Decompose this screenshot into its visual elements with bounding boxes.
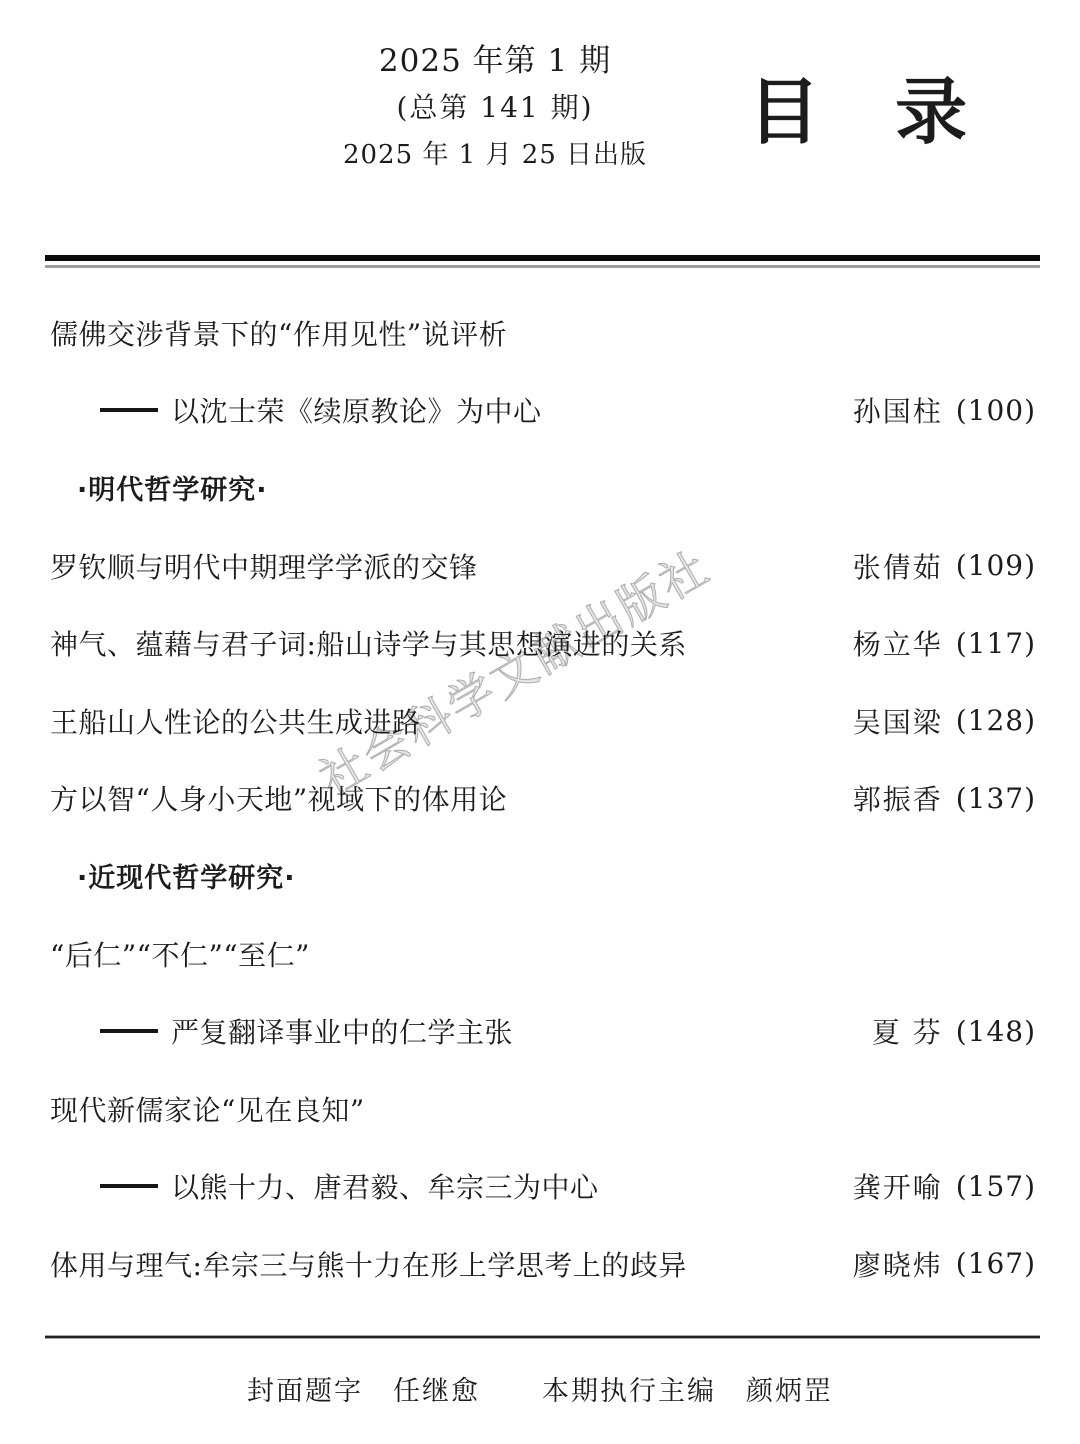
footer-credits: 封面题字任继愈本期执行主编颜炳罡	[0, 1369, 1080, 1408]
author-name: 吴国梁	[853, 701, 943, 741]
entry-title: 以熊十力、唐君毅、牟宗三为中心	[171, 1166, 599, 1206]
author-name: 杨立华	[853, 623, 943, 663]
credit-value: 任继愈	[393, 1369, 480, 1408]
entry-left: “后仁”“不仁”“至仁”	[50, 934, 310, 974]
top-rule-thin-line	[45, 265, 1040, 268]
entry-left: 罗钦顺与明代中期理学学派的交锋	[50, 546, 478, 586]
entry-left: 王船山人性论的公共生成进路	[50, 701, 421, 741]
entry-left: 严复翻译事业中的仁学主张	[50, 1011, 513, 1051]
page-number: (117)	[956, 627, 1036, 660]
entry-author-page: 孙国柱(100)	[853, 390, 1036, 430]
toc-list: 儒佛交涉背景下的“作用见性”说评析以沈士荣《续原教论》为中心孙国柱(100)·明…	[50, 294, 1036, 1303]
page-number: (100)	[956, 394, 1036, 427]
entry-author-page: 夏 芬(148)	[872, 1011, 1036, 1051]
top-rule-thick-line	[45, 255, 1040, 261]
issue-info-block: 2025 年第 1 期 (总第 141 期) 2025 年 1 月 25 日出版	[320, 46, 670, 168]
entry-title: 儒佛交涉背景下的“作用见性”说评析	[50, 313, 507, 353]
author-name: 孙国柱	[853, 390, 943, 430]
page-number: (157)	[956, 1170, 1036, 1203]
entry-author-page: 杨立华(117)	[853, 623, 1036, 663]
credit-label: 封面题字	[247, 1369, 363, 1408]
section-heading: ·近现代哲学研究·	[77, 856, 296, 895]
toc-entry-row: 王船山人性论的公共生成进路吴国梁(128)	[50, 682, 1036, 760]
em-dash-line	[100, 1184, 158, 1188]
issue-number: 2025 年第 1 期	[320, 46, 670, 77]
em-dash-line	[100, 408, 158, 412]
entry-title: 现代新儒家论“见在良知”	[50, 1089, 365, 1129]
entry-left: 神气、蕴藉与君子词:船山诗学与其思想演进的关系	[50, 623, 687, 663]
toc-subtitle-row: 严复翻译事业中的仁学主张夏 芬(148)	[50, 992, 1036, 1070]
section-heading: ·明代哲学研究·	[77, 468, 268, 507]
entry-left: 现代新儒家论“见在良知”	[50, 1089, 365, 1129]
toc-section-row: ·近现代哲学研究·	[50, 837, 1036, 915]
author-name: 张倩茹	[853, 546, 943, 586]
toc-entry-row: 方以智“人身小天地”视域下的体用论郭振香(137)	[50, 760, 1036, 838]
toc-subtitle-row: 以沈士荣《续原教论》为中心孙国柱(100)	[50, 372, 1036, 450]
author-name: 廖晓炜	[853, 1244, 943, 1284]
author-name: 夏 芬	[872, 1011, 943, 1051]
credit-value: 颜炳罡	[746, 1369, 833, 1408]
author-name: 龚开喻	[853, 1166, 943, 1206]
entry-title: 严复翻译事业中的仁学主张	[171, 1011, 513, 1051]
entry-left: ·近现代哲学研究·	[50, 856, 296, 895]
entry-author-page: 吴国梁(128)	[853, 701, 1036, 741]
publish-date: 2025 年 1 月 25 日出版	[320, 142, 670, 168]
toc-entry-row: 神气、蕴藉与君子词:船山诗学与其思想演进的关系杨立华(117)	[50, 604, 1036, 682]
entry-left: ·明代哲学研究·	[50, 468, 268, 507]
entry-title: 体用与理气:牟宗三与熊十力在形上学思考上的歧异	[50, 1244, 687, 1284]
page-title: 目 录	[748, 76, 969, 148]
entry-author-page: 龚开喻(157)	[853, 1166, 1036, 1206]
cumulative-issue-number: (总第 141 期)	[320, 94, 670, 122]
entry-left: 以沈士荣《续原教论》为中心	[50, 390, 542, 430]
entry-left: 方以智“人身小天地”视域下的体用论	[50, 778, 507, 818]
entry-title: “后仁”“不仁”“至仁”	[50, 934, 310, 974]
entry-title: 神气、蕴藉与君子词:船山诗学与其思想演进的关系	[50, 623, 687, 663]
toc-entry-row: 罗钦顺与明代中期理学学派的交锋张倩茹(109)	[50, 527, 1036, 605]
em-dash-line	[100, 1029, 158, 1033]
toc-section-row: ·明代哲学研究·	[50, 449, 1036, 527]
credit-group: 本期执行主编颜炳罡	[542, 1369, 833, 1408]
toc-title-row: “后仁”“不仁”“至仁”	[50, 915, 1036, 993]
entry-author-page: 张倩茹(109)	[853, 546, 1036, 586]
toc-entry-row: 体用与理气:牟宗三与熊十力在形上学思考上的歧异廖晓炜(167)	[50, 1225, 1036, 1303]
entry-left: 体用与理气:牟宗三与熊十力在形上学思考上的歧异	[50, 1244, 687, 1284]
toc-subtitle-row: 以熊十力、唐君毅、牟宗三为中心龚开喻(157)	[50, 1148, 1036, 1226]
credit-label: 本期执行主编	[542, 1369, 716, 1408]
entry-author-page: 郭振香(137)	[853, 778, 1036, 818]
author-name: 郭振香	[853, 778, 943, 818]
top-double-rule	[45, 255, 1040, 268]
bottom-rule	[45, 1335, 1040, 1339]
entry-title: 方以智“人身小天地”视域下的体用论	[50, 778, 507, 818]
journal-toc-page: 2025 年第 1 期 (总第 141 期) 2025 年 1 月 25 日出版…	[0, 0, 1080, 1444]
page-number: (137)	[956, 782, 1036, 815]
entry-title: 罗钦顺与明代中期理学学派的交锋	[50, 546, 478, 586]
page-number: (148)	[956, 1015, 1036, 1048]
toc-title-row: 现代新儒家论“见在良知”	[50, 1070, 1036, 1148]
entry-title: 以沈士荣《续原教论》为中心	[171, 390, 542, 430]
toc-title-row: 儒佛交涉背景下的“作用见性”说评析	[50, 294, 1036, 372]
page-number: (109)	[956, 549, 1036, 582]
credit-group: 封面题字任继愈	[247, 1369, 480, 1408]
entry-left: 儒佛交涉背景下的“作用见性”说评析	[50, 313, 507, 353]
entry-title: 王船山人性论的公共生成进路	[50, 701, 421, 741]
entry-author-page: 廖晓炜(167)	[853, 1244, 1036, 1284]
page-number: (167)	[956, 1247, 1036, 1280]
page-number: (128)	[956, 704, 1036, 737]
entry-left: 以熊十力、唐君毅、牟宗三为中心	[50, 1166, 599, 1206]
